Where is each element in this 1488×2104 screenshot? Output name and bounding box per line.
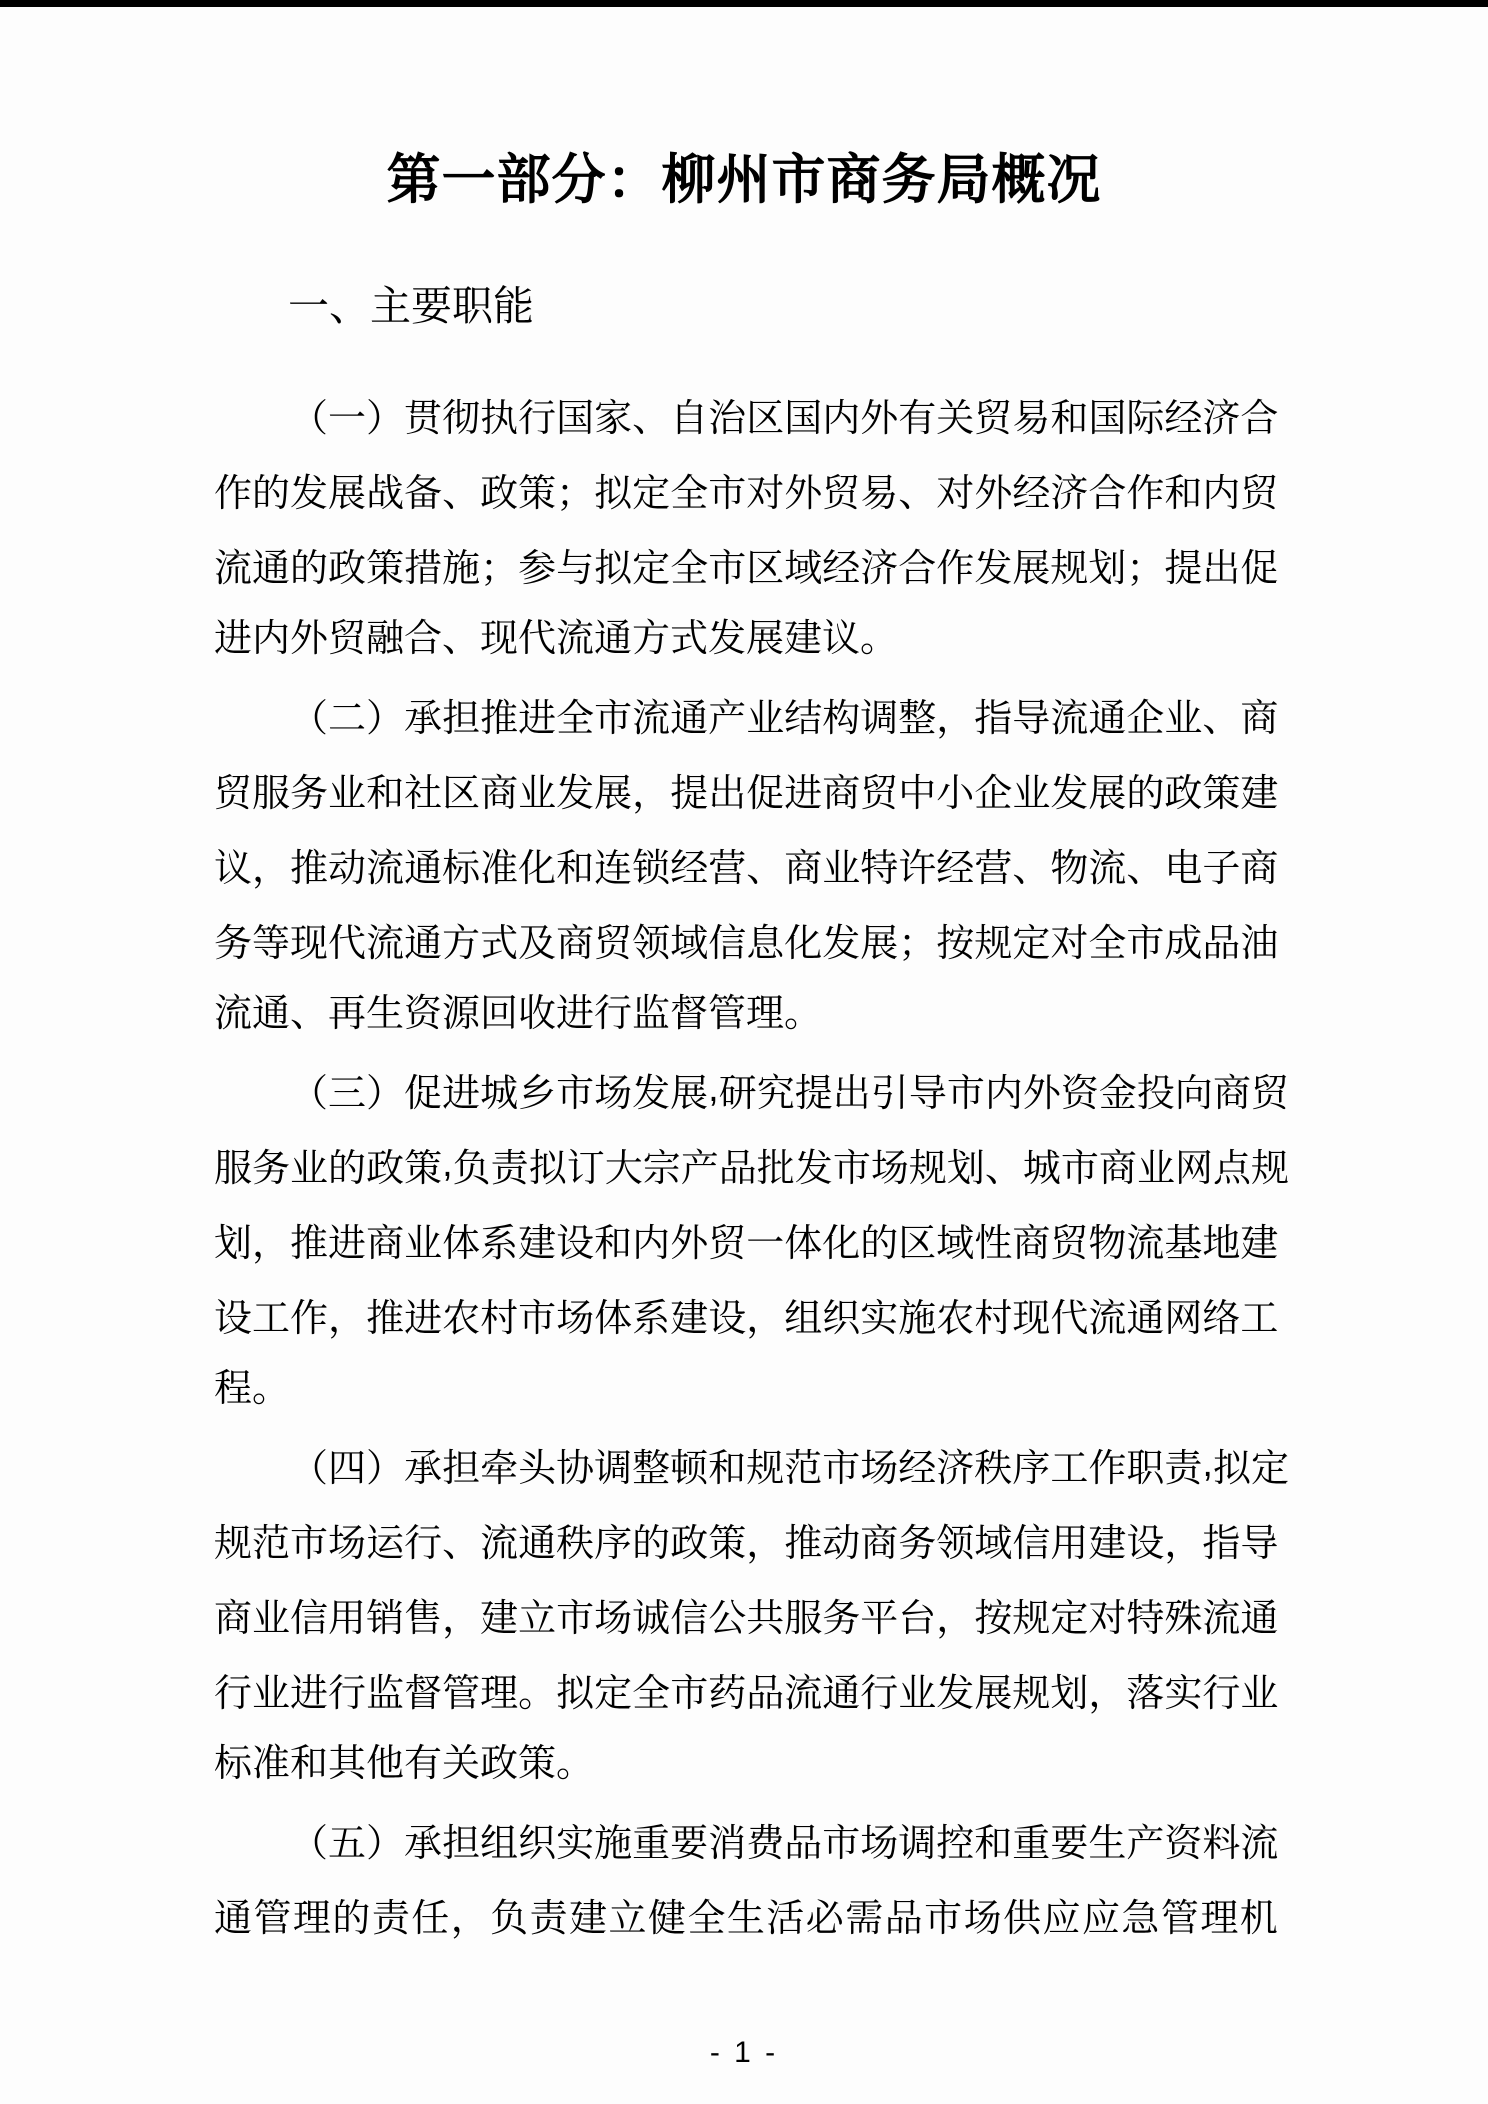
text-line: （二）承担推进全市流通产业结构调整，指导流通企业、商 <box>214 677 1278 752</box>
text-line: 流通、再生资源回收进行监督管理。 <box>214 977 1278 1052</box>
text-line: （一）贯彻执行国家、自治区国内外有关贸易和国际经济合 <box>214 377 1278 452</box>
text-line: （三）促进城乡市场发展,研究提出引导市内外资金投向商贸 <box>214 1052 1278 1127</box>
text-line: （四）承担牵头协调整顿和规范市场经济秩序工作职责,拟定 <box>214 1427 1278 1502</box>
section-heading: 一、主要职能 <box>288 282 534 330</box>
paragraph: （二）承担推进全市流通产业结构调整，指导流通企业、商贸服务业和社区商业发展，提出… <box>214 677 1278 1052</box>
text-line: 程。 <box>214 1352 1278 1427</box>
text-line: 议，推动流通标准化和连锁经营、商业特许经营、物流、电子商 <box>214 827 1278 902</box>
paragraph: （三）促进城乡市场发展,研究提出引导市内外资金投向商贸服务业的政策,负责拟订大宗… <box>214 1052 1278 1427</box>
document-page: 第一部分：柳州市商务局概况 一、主要职能 （一）贯彻执行国家、自治区国内外有关贸… <box>0 0 1488 2104</box>
text-line: 进内外贸融合、现代流通方式发展建议。 <box>214 602 1278 677</box>
text-line: （五）承担组织实施重要消费品市场调控和重要生产资料流 <box>214 1802 1278 1877</box>
text-line: 行业进行监督管理。拟定全市药品流通行业发展规划，落实行业 <box>214 1652 1278 1727</box>
text-line: 通管理的责任，负责建立健全生活必需品市场供应应急管理机 <box>214 1877 1278 1952</box>
text-line: 标准和其他有关政策。 <box>214 1727 1278 1802</box>
text-line: 作的发展战备、政策；拟定全市对外贸易、对外经济合作和内贸 <box>214 452 1278 527</box>
text-line: 商业信用销售，建立市场诚信公共服务平台，按规定对特殊流通 <box>214 1577 1278 1652</box>
text-line: 贸服务业和社区商业发展，提出促进商贸中小企业发展的政策建 <box>214 752 1278 827</box>
text-line: 服务业的政策,负责拟订大宗产品批发市场规划、城市商业网点规 <box>214 1127 1278 1202</box>
text-line: 流通的政策措施；参与拟定全市区域经济合作发展规划；提出促 <box>214 527 1278 602</box>
document-body: （一）贯彻执行国家、自治区国内外有关贸易和国际经济合作的发展战备、政策；拟定全市… <box>214 377 1278 1952</box>
text-line: 划，推进商业体系建设和内外贸一体化的区域性商贸物流基地建 <box>214 1202 1278 1277</box>
text-line: 设工作，推进农村市场体系建设，组织实施农村现代流通网络工 <box>214 1277 1278 1352</box>
page-number: - 1 - <box>0 2036 1488 2070</box>
paragraph: （五）承担组织实施重要消费品市场调控和重要生产资料流通管理的责任，负责建立健全生… <box>214 1802 1278 1952</box>
paragraph: （四）承担牵头协调整顿和规范市场经济秩序工作职责,拟定规范市场运行、流通秩序的政… <box>214 1427 1278 1802</box>
text-line: 务等现代流通方式及商贸领域信息化发展；按规定对全市成品油 <box>214 902 1278 977</box>
page-title: 第一部分：柳州市商务局概况 <box>0 148 1488 212</box>
text-line: 规范市场运行、流通秩序的政策，推动商务领域信用建设，指导 <box>214 1502 1278 1577</box>
scan-top-edge-line <box>0 0 1488 7</box>
paragraph: （一）贯彻执行国家、自治区国内外有关贸易和国际经济合作的发展战备、政策；拟定全市… <box>214 377 1278 677</box>
